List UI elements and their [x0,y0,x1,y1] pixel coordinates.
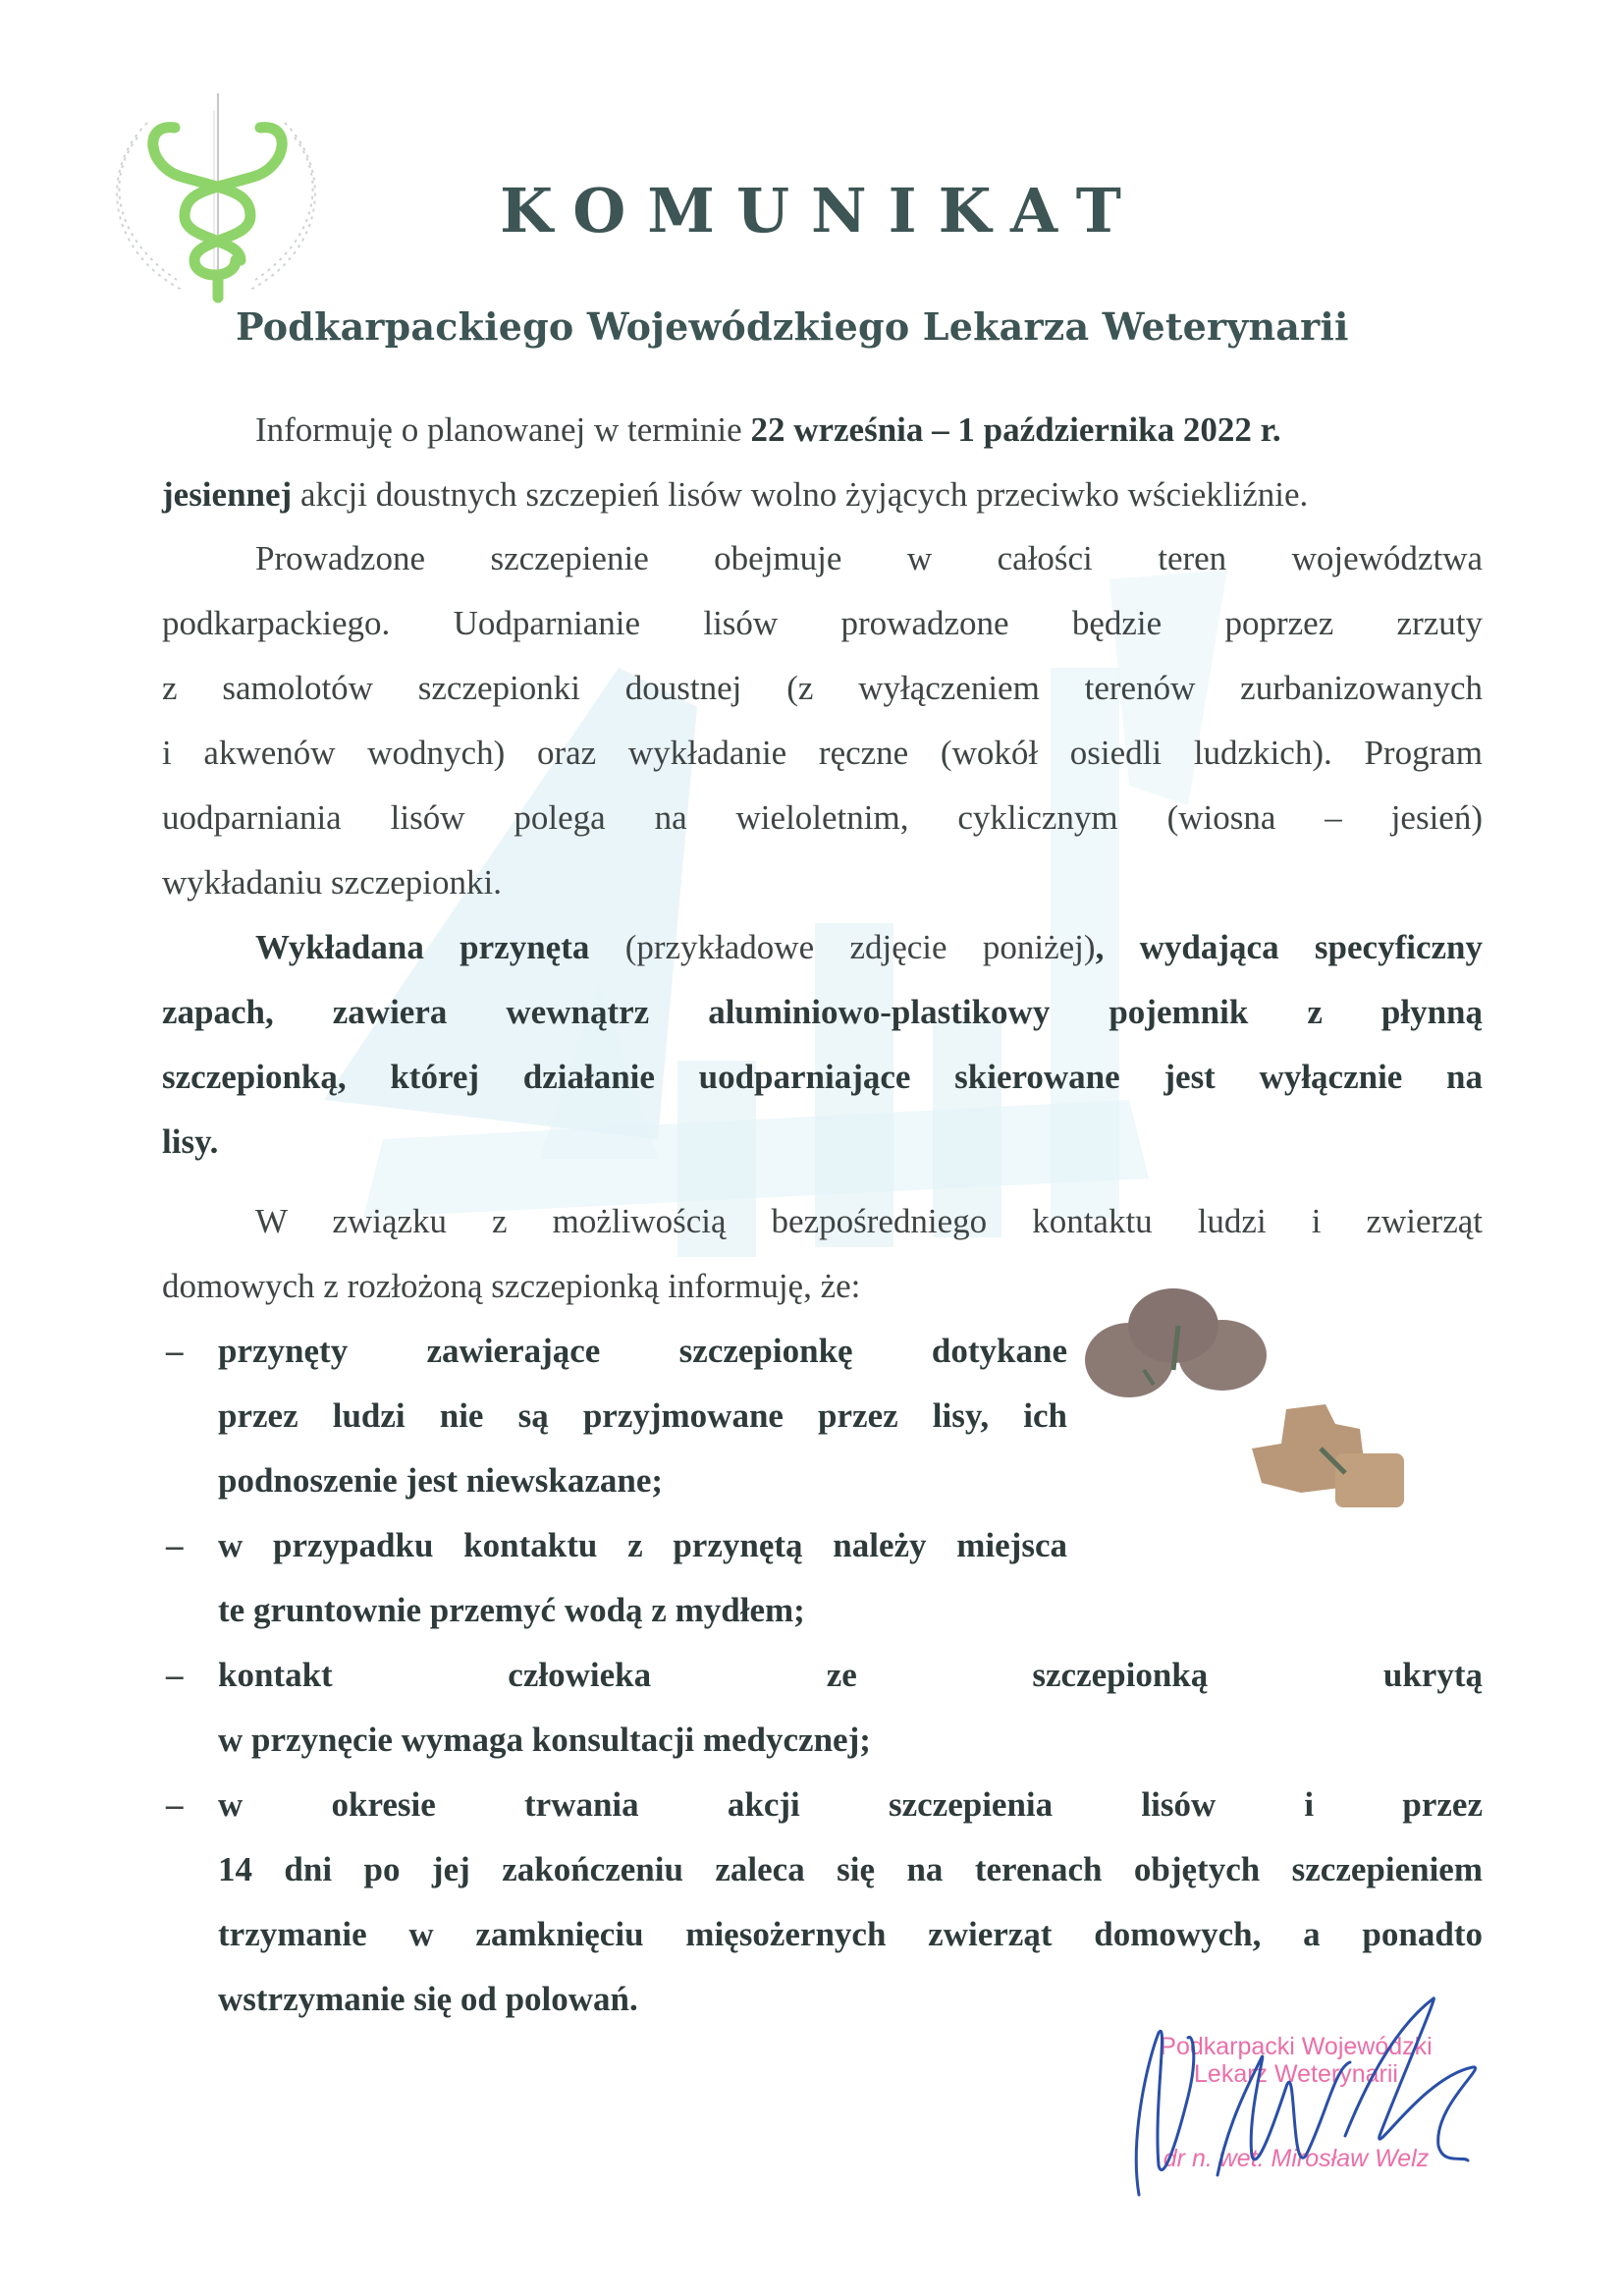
signature [1100,1989,1492,2205]
document-page: KOMUNIKAT Podkarpackiego Wojewódzkiego L… [0,0,1623,2296]
dash-bullet-icon: – [166,1773,184,1837]
list-item: – w przypadku kontaktu z przynętą należy… [162,1513,1067,1643]
paragraph-scope: Prowadzone szczepienie obejmuje w całośc… [162,526,1483,915]
paragraph-line: domowych z rozłożoną szczepionką informu… [162,1254,1483,1319]
paragraph-bait: Wykładana przynęta (przykładowe zdjęcie … [162,915,1483,1175]
paragraph-line: uodparniania lisów polega na wieloletnim… [162,786,1483,850]
dash-bullet-icon: – [166,1643,184,1708]
paragraph-line: wykładaniu szczepionki. [162,850,1483,915]
paragraph-line: z samolotów szczepionki doustnej (z wyłą… [162,656,1483,721]
vaccination-dates: 22 września – 1 października 2022 r. [750,410,1280,449]
paragraph-line: lisy. [162,1110,1483,1175]
paragraph-intro-line-1: Informuję o planowanej w terminie 22 wrz… [162,398,1483,463]
list-item: – przynęty zawierające szczepionkę dotyk… [162,1319,1067,1513]
paragraph-intro-line-2: jesiennej akcji doustnych szczepień lisó… [162,463,1483,527]
dash-bullet-icon: – [166,1513,184,1578]
paragraph-line: zapach, zawiera wewnątrz aluminiowo-plas… [162,980,1483,1045]
paragraph-line: i akwenów wodnych) oraz wykładanie ręczn… [162,721,1483,786]
dash-bullet-icon: – [166,1319,184,1384]
bait-round-icon [1075,1277,1271,1404]
page-subtitle: Podkarpackiego Wojewódzkiego Lekarza Wet… [236,304,1349,349]
paragraph-line: Prowadzone szczepienie obejmuje w całośc… [255,526,1483,591]
paragraph-line: Wykładana przynęta (przykładowe zdjęcie … [255,915,1483,980]
paragraph-line: podkarpackiego. Uodparnianie lisów prowa… [162,591,1483,656]
paragraph-line: szczepionką, której działanie uodparniaj… [162,1045,1483,1110]
page-title: KOMUNIKAT [0,175,1623,246]
paragraph-contact: W związku z możliwością bezpośredniego k… [162,1189,1483,1319]
list-item: – kontakt człowieka ze szczepionką ukryt… [162,1643,1483,1773]
paragraph-line: W związku z możliwością bezpośredniego k… [255,1189,1483,1254]
bait-square-icon [1242,1390,1414,1512]
paragraph-intro: Informuję o planowanej w terminie 22 wrz… [162,398,1483,527]
